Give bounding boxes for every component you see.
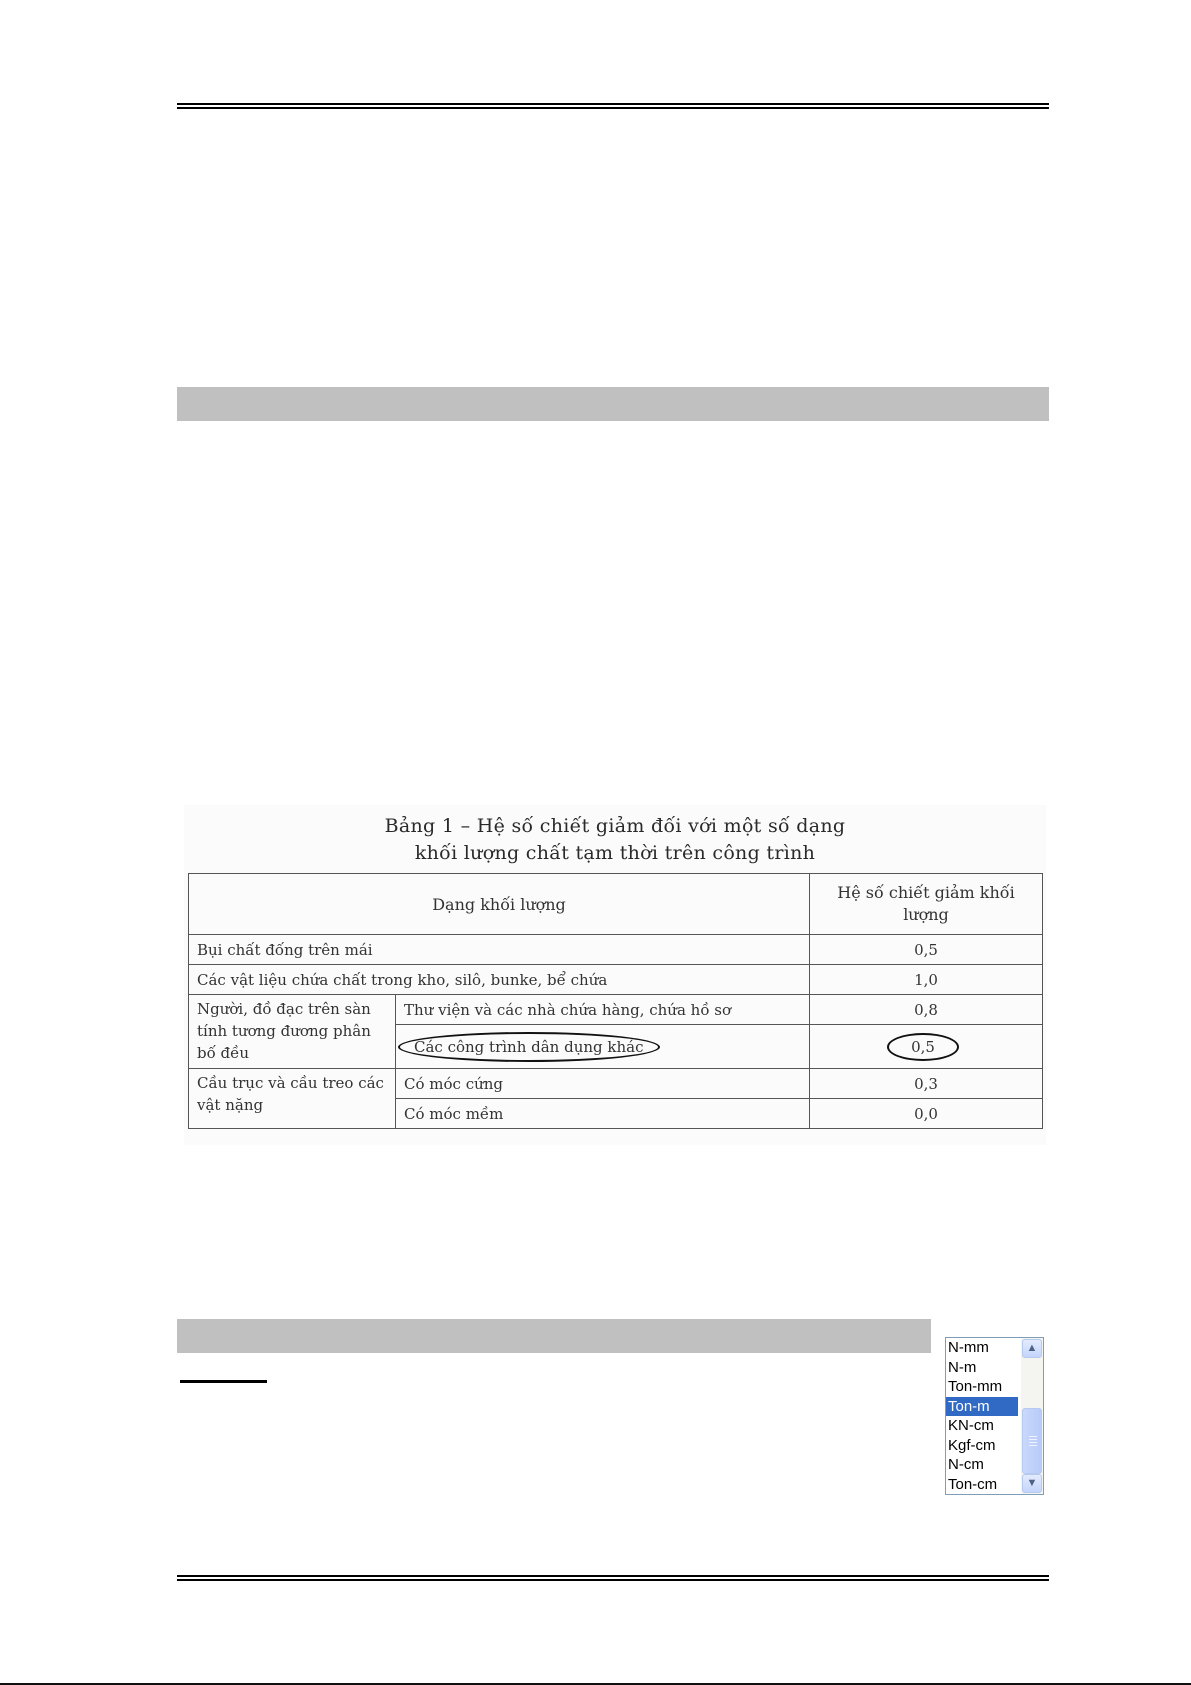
unit-option-selected[interactable]: Ton-m [946, 1397, 1018, 1417]
row-subcategory: Thư viện và các nhà chứa hàng, chứa hồ s… [396, 995, 810, 1025]
row-subcategory-cell: Các công trình dân dụng khác [396, 1025, 810, 1069]
circled-subcategory: Các công trình dân dụng khác [398, 1032, 660, 1062]
table-caption-line-2: khối lượng chất tạm thời trên công trình [184, 840, 1046, 867]
grip-line [1029, 1442, 1037, 1443]
unit-option[interactable]: Ton-mm [946, 1377, 1018, 1397]
table-caption-line-1: Bảng 1 – Hệ số chiết giảm đối với một số… [184, 813, 1046, 840]
section-heading-bar [177, 387, 1049, 421]
chevron-up-icon: ▲ [1027, 1342, 1038, 1354]
row-value: 0,3 [810, 1069, 1043, 1099]
scroll-up-button[interactable]: ▲ [1022, 1339, 1042, 1358]
units-options: N-mm N-m Ton-mm Ton-m KN-cm Kgf-cm N-cm … [946, 1338, 1018, 1494]
row-value: 0,0 [810, 1099, 1043, 1129]
listbox-scrollbar[interactable]: ▲ ▼ [1021, 1338, 1043, 1494]
table-header-row: Dạng khối lượng Hệ số chiết giảm khối lư… [189, 874, 1043, 935]
grip-line [1029, 1439, 1037, 1440]
row-value-cell: 0,5 [810, 1025, 1043, 1069]
scrollbar-thumb[interactable] [1022, 1408, 1042, 1474]
scroll-down-button[interactable]: ▼ [1022, 1474, 1042, 1493]
table-caption: Bảng 1 – Hệ số chiết giảm đối với một số… [184, 813, 1046, 867]
underlined-label [180, 1380, 267, 1383]
reduction-factor-table: Dạng khối lượng Hệ số chiết giảm khối lư… [188, 873, 1043, 1129]
unit-option[interactable]: Ton-cm [946, 1475, 1018, 1495]
group-label: Cầu trục và cầu treo các vật nặng [189, 1069, 396, 1129]
table-row: Người, đồ đạc trên sàn tính tương đương … [189, 995, 1043, 1025]
footer-rule [177, 1575, 1049, 1581]
unit-option[interactable]: Kgf-cm [946, 1436, 1018, 1456]
row-subcategory: Có móc mềm [396, 1099, 810, 1129]
scanned-table-image: Bảng 1 – Hệ số chiết giảm đối với một số… [184, 805, 1046, 1145]
header-reduction-factor: Hệ số chiết giảm khối lượng [810, 874, 1043, 935]
group-label: Người, đồ đạc trên sàn tính tương đương … [189, 995, 396, 1069]
section-heading-bar [177, 1319, 931, 1353]
row-value: 0,5 [810, 935, 1043, 965]
table-row: Cầu trục và cầu treo các vật nặng Có móc… [189, 1069, 1043, 1099]
unit-option[interactable]: N-mm [946, 1338, 1018, 1358]
circled-value: 0,5 [887, 1033, 959, 1061]
table-row: Bụi chất đống trên mái 0,5 [189, 935, 1043, 965]
row-subcategory: Có móc cứng [396, 1069, 810, 1099]
header-load-type: Dạng khối lượng [189, 874, 810, 935]
row-value: 1,0 [810, 965, 1043, 995]
row-category: Bụi chất đống trên mái [189, 935, 810, 965]
units-listbox[interactable]: N-mm N-m Ton-mm Ton-m KN-cm Kgf-cm N-cm … [945, 1337, 1044, 1495]
chevron-down-icon: ▼ [1027, 1477, 1038, 1489]
grip-line [1029, 1445, 1037, 1446]
unit-option[interactable]: N-m [946, 1358, 1018, 1378]
header-rule [177, 103, 1049, 109]
row-value: 0,8 [810, 995, 1043, 1025]
grip-line [1029, 1436, 1037, 1437]
row-category: Các vật liệu chứa chất trong kho, silô, … [189, 965, 810, 995]
unit-option[interactable]: N-cm [946, 1455, 1018, 1475]
table-row: Các vật liệu chứa chất trong kho, silô, … [189, 965, 1043, 995]
unit-option[interactable]: KN-cm [946, 1416, 1018, 1436]
